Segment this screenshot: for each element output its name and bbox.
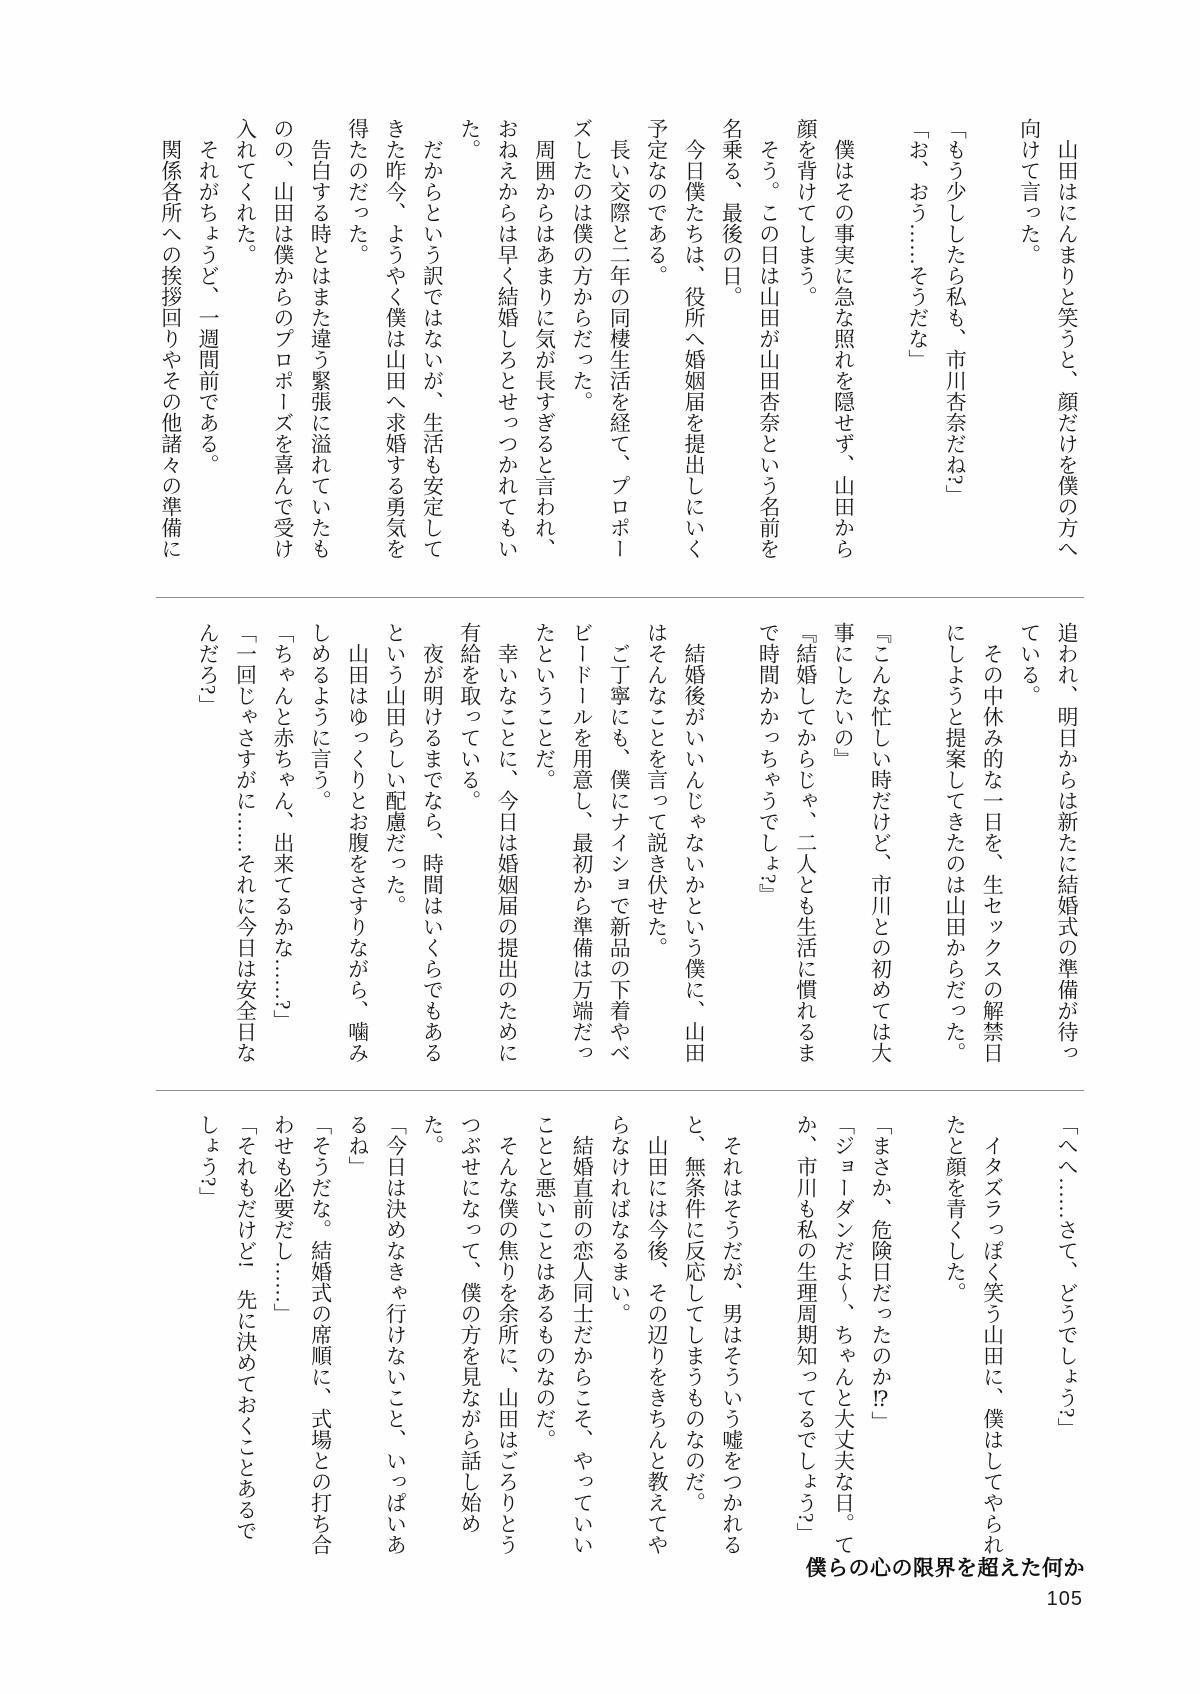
paragraph: ご丁寧にも、僕にナイショで新品の下着やベビードールを用意し、最初から準備は万端だ… <box>525 622 637 1068</box>
paragraph: そんな僕の焦りを余所に、山田はごろりとうつぶせになって、僕の方を見ながら話し始め… <box>413 1114 525 1560</box>
paragraph: 夜が明けるまでなら、時間はいくらでもあるという山田らしい配慮だった。 <box>376 622 451 1068</box>
section-divider <box>156 597 1084 598</box>
paragraph: 「お、おう……そうだな」 <box>899 118 936 564</box>
paragraph: 「もう少ししたら私も、市川杏奈だね?」 <box>936 118 973 564</box>
paragraph: だからという訳ではないが、生活も安定してきた昨今、ようやく僕は山田へ求婚する勇気… <box>338 118 450 564</box>
paragraph: 「ジョーダンだよ〜、ちゃんと大丈夫な日。てか、市川も私の生理周期知ってるでしょう… <box>787 1114 862 1560</box>
paragraph: 『結婚してからじゃ、二人とも生活に慣れるまで時間かかっちゃうでしょ?』 <box>749 622 824 1068</box>
paragraph: 幸いなことに、今日は婚姻届の提出のために有給を取っている。 <box>450 622 525 1068</box>
paragraph: 『こんな忙しい時だけど、市川との初めては大事にしたいの』 <box>824 622 899 1068</box>
paragraph: そう。この日は山田が山田杏奈という名前を名乗る、最後の日。 <box>712 118 787 564</box>
paragraph: 「今日は決めなきゃ行けないこと、いっぱいあるね」 <box>339 1114 414 1560</box>
paragraph: 僕はその事実に急な照れを隠せず、山田から顔を背けてしまう。 <box>787 118 862 564</box>
text-block-top: 山田はにんまりと笑うと、顔だけを僕の方へ向けて言った。「もう少ししたら私も、市川… <box>151 118 1085 564</box>
paragraph: 「そうだな。結婚式の席順に、式場との打ち合わせも必要だし……」 <box>264 1114 339 1560</box>
paragraph: 周囲からはあまりに気が長すぎると言われ、おねえからは早く結婚しろとせっつかれても… <box>450 118 562 564</box>
paragraph: 長い交際と二年の同棲生活を経て、プロポーズしたのは僕の方からだった。 <box>563 118 638 564</box>
paragraph: 「まさか、危険日だったのか⁉」 <box>862 1114 899 1560</box>
page-number: 105 <box>1047 1588 1083 1611</box>
paragraph: 「へへ……さて、どうでしょう?」 <box>1048 1114 1085 1560</box>
paragraph: 「一回じゃさすがに……それに今日は安全日なんだろ?」 <box>189 622 264 1068</box>
paragraph: その中休み的な一日を、生セックスの解禁日にしようと提案してきたのは山田からだった… <box>936 622 1011 1068</box>
paragraph: 関係各所への挨拶回りやその他諸々の準備に <box>151 118 188 564</box>
paragraph: 山田はにんまりと笑うと、顔だけを僕の方へ向けて言った。 <box>1010 118 1085 564</box>
text-block-bottom: 「へへ……さて、どうでしょう?」イタズラっぽく笑う山田に、僕はしてやられたと顔を… <box>189 1114 1085 1560</box>
book-page: 山田はにんまりと笑うと、顔だけを僕の方へ向けて言った。「もう少ししたら私も、市川… <box>0 0 1200 1694</box>
paragraph: 山田には今後、その辺りをきちんと教えてやらなければなるまい。 <box>600 1114 675 1560</box>
paragraph: 結婚後がいいんじゃないかという僕に、山田はそんなことを言って説き伏せた。 <box>637 622 712 1068</box>
paragraph: 告白する時とはまた違う緊張に溢れていたものの、山田は僕からのプロポーズを喜んで受… <box>226 118 338 564</box>
text-block-middle: 追われ、明日からは新たに結婚式の準備が待っている。その中休み的な一日を、生セック… <box>189 622 1085 1068</box>
paragraph: 「それもだけど! 先に決めておくことあるでしょう?」 <box>189 1114 264 1560</box>
paragraph: それはそうだが、男はそういう嘘をつかれると、無条件に反応してしまうものなのだ。 <box>675 1114 750 1560</box>
paragraph: イタズラっぽく笑う山田に、僕はしてやられたと顔を青くした。 <box>936 1114 1011 1560</box>
paragraph: 「ちゃんと赤ちゃん、出来てるかな……?」 <box>264 622 301 1068</box>
paragraph: 今日僕たちは、役所へ婚姻届を提出しにいく予定なのである。 <box>637 118 712 564</box>
paragraph: 追われ、明日からは新たに結婚式の準備が待っている。 <box>1010 622 1085 1068</box>
running-title: 僕らの心の限界を超えた何か <box>806 1552 1086 1582</box>
paragraph: それがちょうど、一週間前である。 <box>189 118 226 564</box>
paragraph: 結婚直前の恋人同士だからこそ、やっていいことと悪いことはあるものなのだ。 <box>526 1114 601 1560</box>
paragraph: 山田はゆっくりとお腹をさすりながら、噛みしめるように言う。 <box>301 622 376 1068</box>
section-divider <box>156 1090 1084 1091</box>
